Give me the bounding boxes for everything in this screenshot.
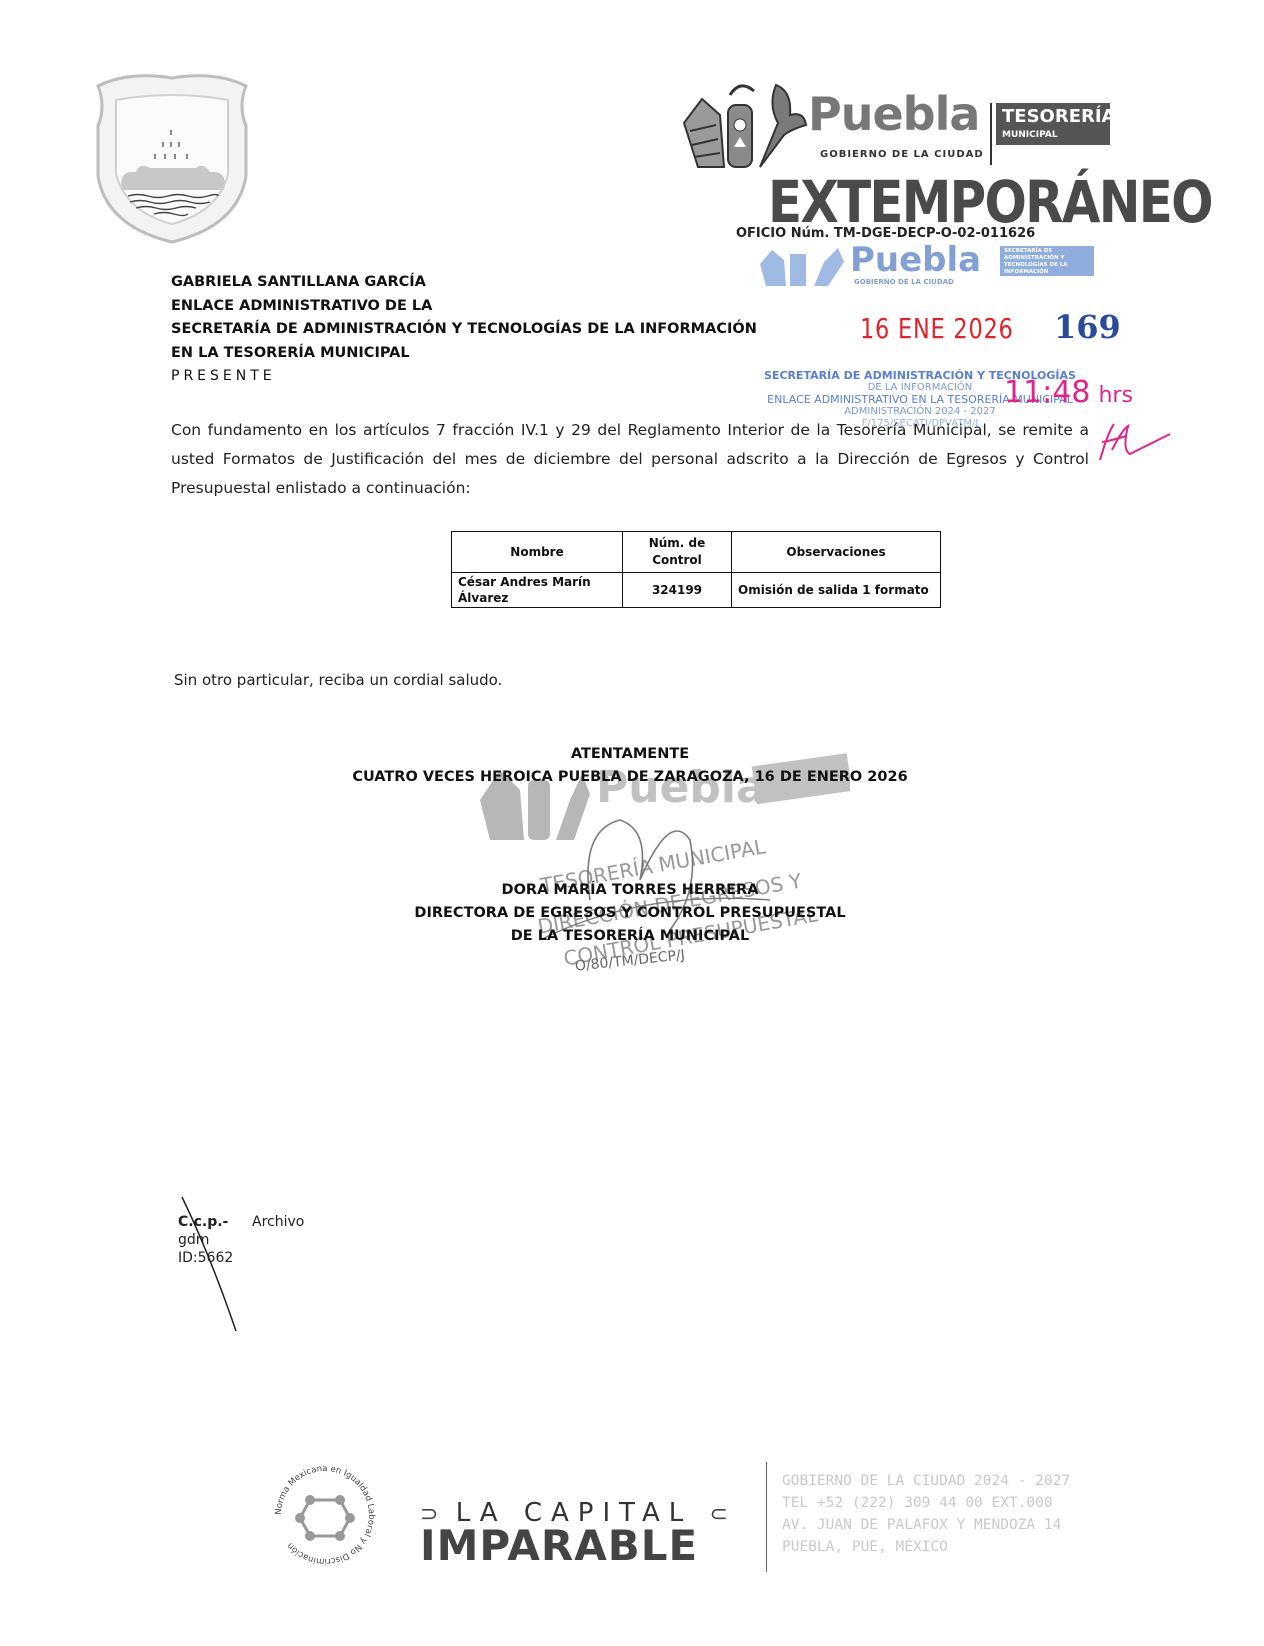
receipt-stamp-subtitle: GOBIERNO DE LA CIUDAD [854,278,954,286]
column-header-observations: Observaciones [732,532,941,573]
table-header-row: Nombre Núm. de Control Observaciones [452,532,941,573]
cell-control-number: 324199 [623,573,732,608]
cc-value: Archivo [252,1214,304,1230]
cell-observations: Omisión de salida 1 formato [732,573,941,608]
typist-initials: gdm [178,1231,304,1249]
signature-block: ATENTAMENTE CUATRO VECES HEROICA PUEBLA … [300,743,960,973]
oficio-number: OFICIO Núm. TM-DGE-DECP-O-02-011626 [736,226,1035,241]
table-row: César Andres Marín Álvarez 324199 Omisió… [452,573,941,608]
signer-name: DORA MARÍA TORRES HERRERA [300,879,960,902]
receipt-stamp-wordmark: Puebla [850,240,981,280]
receipt-stamp-logo: Puebla GOBIERNO DE LA CIUDAD SECRETARÍA … [758,242,1094,288]
cc-block: C.c.p.-Archivo gdm ID:5662 [178,1213,304,1267]
tesoreria-badge: TESORERÍA MUNICIPAL [996,103,1110,145]
received-date-stamp: 16 ENE 2026 [860,312,1014,345]
addressee-name: GABRIELA SANTILLANA GARCÍA [171,271,757,295]
city-shield-watermark [88,66,256,244]
regards: ATENTAMENTE [300,743,960,766]
column-header-name: Nombre [452,532,623,573]
footer-address: GOBIERNO DE LA CIUDAD 2024 - 2027TEL +52… [782,1470,1070,1558]
logo-subtitle: GOBIERNO DE LA CIUDAD [820,149,984,160]
handwritten-initials-icon [1092,420,1172,466]
addressee-title: EN LA TESORERÍA MUNICIPAL [171,342,757,366]
place-and-date: CUATRO VECES HEROICA PUEBLA DE ZARAGOZA,… [300,766,960,789]
slogan-logo: ⊃ LA CAPITAL ⊂ IMPARABLE [420,1498,728,1566]
folio-number-stamp: 169 [1054,308,1121,346]
personnel-table: Nombre Núm. de Control Observaciones Cés… [451,531,941,608]
document-id: ID:5662 [178,1249,304,1267]
handwritten-time: 11:48 [1004,375,1090,410]
handwritten-receipt-time: 11:48hrs [1004,375,1133,410]
footer-divider [766,1462,767,1572]
tesoreria-badge-subtitle: MUNICIPAL [1002,130,1058,140]
svg-text:Norma Mexicana en Igualdad Lab: Norma Mexicana en Igualdad Laboral y No … [274,1464,376,1566]
logo-divider [990,103,992,165]
column-header-control-number: Núm. de Control [623,532,732,573]
addressee-title: SECRETARÍA DE ADMINISTRACIÓN Y TECNOLOGÍ… [171,318,757,342]
salutation: PRESENTE [171,365,757,389]
handwritten-hours-suffix: hrs [1098,383,1132,408]
cc-label: C.c.p.- [178,1213,252,1231]
receipt-stamp-box: SECRETARÍA DE ADMINISTRACIÓN Y TECNOLOGÍ… [1000,246,1094,276]
body-paragraph: Con fundamento en los artículos 7 fracci… [171,416,1089,503]
cell-name: César Andres Marín Álvarez [452,573,623,608]
addressee-title: ENLACE ADMINISTRATIVO DE LA [171,295,757,319]
equality-certification-seal: Norma Mexicana en Igualdad Laboral y No … [270,1460,380,1570]
puebla-tesoreria-logo: Puebla GOBIERNO DE LA CIUDAD TESORERÍA M… [680,75,1110,175]
slogan-bottom: IMPARABLE [420,1526,728,1566]
puebla-wordmark: Puebla [808,87,979,141]
puebla-landmarks-icon [680,75,808,175]
tesoreria-badge-title: TESORERÍA [1002,106,1115,127]
addressee-block: GABRIELA SANTILLANA GARCÍA ENLACE ADMINI… [171,271,757,389]
closing-line: Sin otro particular, reciba un cordial s… [174,671,502,689]
signer-title: DIRECTORA DE EGRESOS Y CONTROL PRESUPUES… [300,902,960,925]
puebla-landmarks-stamp-icon [758,242,848,288]
